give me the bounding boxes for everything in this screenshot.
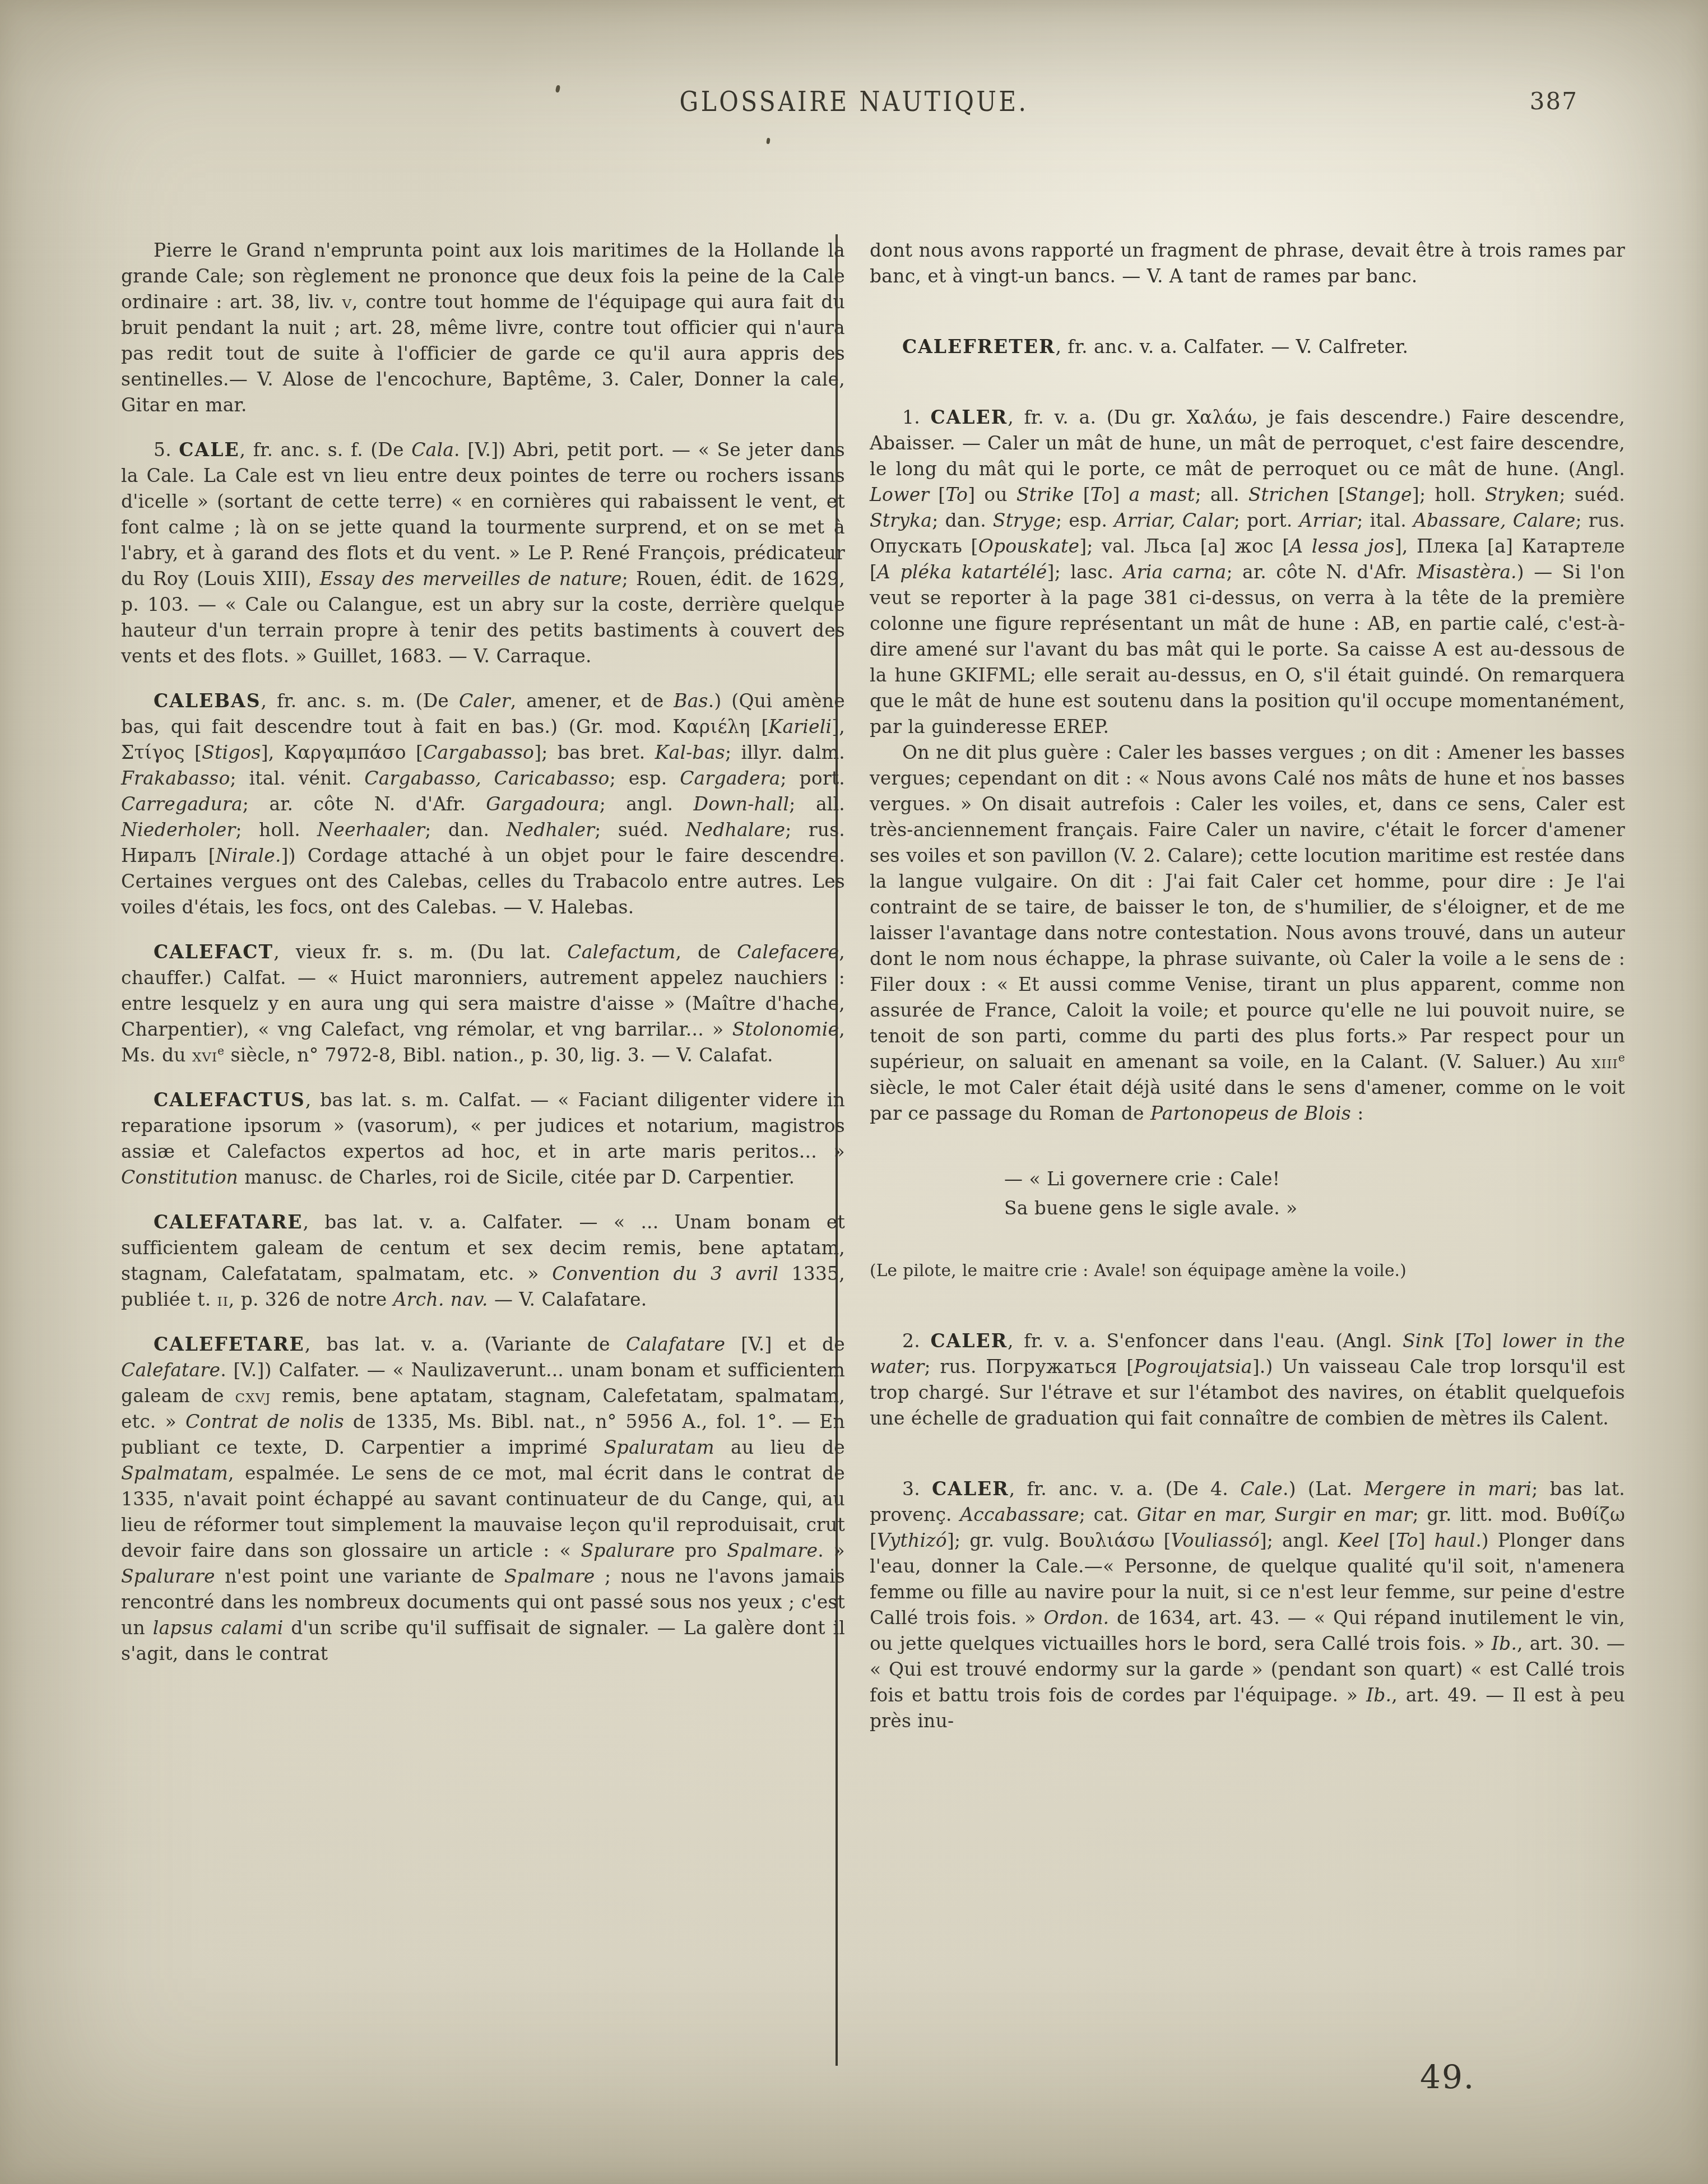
text-segment: On ne dit plus guère : Caler les basses … [870, 741, 1625, 1073]
text-segment: ], Καργαμπάσο [ [261, 741, 423, 763]
text-segment: ; port. [781, 767, 845, 789]
text-segment: , amener, et de [510, 690, 674, 712]
paragraph: CALEBAS, fr. anc. s. m. (De Caler, amene… [121, 688, 845, 920]
text-segment: ]; angl. [1260, 1529, 1338, 1551]
entry-headword: CALER [930, 1330, 1008, 1352]
text-segment: Stange [1345, 484, 1412, 506]
text-segment: ; esp. [1056, 509, 1114, 531]
text-segment: ; suéd. [595, 819, 685, 841]
text-segment: Spalurare [581, 1540, 675, 1561]
text-segment: ]; holl. [1412, 484, 1485, 506]
text-segment: au lieu de [714, 1436, 845, 1458]
text-segment: Ib. [1492, 1633, 1517, 1654]
text-segment: ]; val. Льса [a] жос [ [1079, 535, 1289, 557]
paragraph: — « Li governere crie : Cale!Sa buene ge… [1004, 1165, 1625, 1223]
left-column: Pierre le Grand n'emprunta point aux loi… [121, 238, 845, 1667]
paragraph: dont nous avons rapporté un fragment de … [870, 238, 1625, 289]
paragraph: CALEFATARE, bas lat. v. a. Calfater. — «… [121, 1209, 845, 1313]
text-segment: 3. [902, 1478, 932, 1500]
text-segment: ; ar. côte N. d'Afr. [243, 793, 486, 815]
text-segment: A pléka katartélé [877, 561, 1047, 583]
text-segment: Arriar [1299, 509, 1357, 531]
text-segment: ; all. [789, 793, 845, 815]
paragraph: Pierre le Grand n'emprunta point aux loi… [121, 238, 845, 418]
text-segment: Bas [674, 690, 708, 712]
entry-headword: CALE [179, 439, 239, 461]
page-title: GLOSSAIRE NAUTIQUE. [103, 84, 1605, 120]
text-segment: cxvj [235, 1385, 271, 1407]
text-segment: Sa buene gens le sigle avale. » [1004, 1197, 1298, 1219]
text-segment: Down-hall [694, 793, 790, 815]
text-segment: Spalurare [121, 1565, 215, 1587]
text-segment: Stigos [202, 741, 261, 763]
text-segment: — V. Calafatare. [488, 1288, 647, 1310]
text-segment: To [1090, 484, 1113, 506]
text-segment: xiii [1591, 1051, 1618, 1073]
text-segment: . » [818, 1540, 845, 1561]
text-segment: ]; bas bret. [534, 741, 655, 763]
text-segment: 2. [902, 1330, 930, 1352]
entry-headword: CALER [932, 1478, 1009, 1500]
text-segment: ) — Si l'on veut se reporter à la page 3… [870, 561, 1625, 738]
text-segment: Nirale. [216, 845, 281, 866]
text-segment: , fr. v. a. S'enfoncer dans l'eau. (Angl… [1008, 1330, 1403, 1352]
text-segment: Convention du 3 avril [552, 1263, 778, 1285]
text-segment: Carregadura [121, 793, 243, 815]
text-segment: Karieli [769, 716, 832, 738]
text-segment: Ordon. [1044, 1607, 1110, 1629]
entry-headword: CALEFATARE [154, 1211, 303, 1233]
paper-speck [1522, 767, 1525, 769]
text-segment: Gitar en mar, Surgir en mar [1137, 1504, 1413, 1525]
text-segment: Constitution [121, 1166, 238, 1188]
text-segment: Calefactum [567, 941, 675, 963]
text-segment: To [1463, 1330, 1485, 1352]
entry-headword: CALEFRETER [902, 336, 1055, 358]
text-segment: Abassare, Calare [1413, 509, 1575, 531]
text-segment: Strike [1017, 484, 1074, 506]
text-segment: e [1618, 1051, 1625, 1064]
text-segment: 5. [154, 439, 179, 461]
text-segment: Cargabasso [423, 741, 534, 763]
text-segment: Frakabasso [121, 767, 230, 789]
text-segment: ; dan. [932, 509, 993, 531]
text-segment: Calafatare [626, 1333, 725, 1355]
text-segment: Partonopeus de Blois [1150, 1102, 1351, 1124]
text-segment: Contrat de nolis [185, 1411, 344, 1432]
text-segment: e [217, 1044, 224, 1058]
text-segment: Stryken [1485, 484, 1559, 506]
text-segment: xvi [192, 1044, 217, 1066]
text-segment: Cale [1240, 1478, 1283, 1500]
text-segment: ]; lasc. [1047, 561, 1124, 583]
text-segment: A lessa jos [1289, 535, 1394, 557]
text-segment: Arch. nav. [393, 1288, 488, 1310]
text-segment: Kal-bas [655, 741, 725, 763]
text-segment: Pogroujatsia [1134, 1356, 1252, 1378]
text-segment: dont nous avons rapporté un fragment de … [870, 239, 1625, 287]
paragraph: CALEFACT, vieux fr. s. m. (Du lat. Calef… [121, 939, 845, 1068]
text-segment: Spalmare [727, 1540, 818, 1561]
text-segment: 1. [902, 406, 930, 428]
text-segment: ; illyr. dalm. [725, 741, 845, 763]
text-segment: Essay des merveilles de nature [319, 568, 621, 590]
text-segment: Vouliassó [1171, 1529, 1259, 1551]
text-segment: .) (Lat. [1283, 1478, 1364, 1500]
text-segment: Arriar, Calar [1114, 509, 1234, 531]
text-segment: Accabassare [960, 1504, 1079, 1525]
text-segment: Lower [870, 484, 929, 506]
entry-headword: CALEFACT [154, 941, 273, 963]
text-segment: Strichen [1248, 484, 1329, 506]
text-segment: Vythizó [877, 1529, 947, 1551]
text-segment: [V.] et de [725, 1333, 845, 1355]
text-segment: haul [1435, 1529, 1476, 1551]
text-segment: ; suéd. [1559, 484, 1625, 506]
paragraph: 1. CALER, fr. v. a. (Du gr. Χαλάω, je fa… [870, 405, 1625, 740]
paragraph: On ne dit plus guère : Caler les basses … [870, 740, 1625, 1126]
text-segment: Mergere in mari [1364, 1478, 1531, 1500]
text-segment: n'est point une variante de [215, 1565, 504, 1587]
text-segment: [ [1445, 1330, 1463, 1352]
text-segment: : [1351, 1102, 1364, 1124]
page-header: GLOSSAIRE NAUTIQUE. 387 [0, 84, 1708, 123]
text-segment: v [342, 291, 352, 313]
text-segment: ] [1418, 1529, 1435, 1551]
text-segment: ; all. [1195, 484, 1248, 506]
text-segment: Nedhaler [506, 819, 595, 841]
right-column: dont nous avons rapporté un fragment de … [870, 238, 1625, 1734]
text-segment: a mast [1129, 484, 1195, 506]
text-segment: Calefacere [737, 941, 839, 963]
text-segment: Neerhaaler [317, 819, 425, 841]
text-segment: ; ital. vénit. [230, 767, 365, 789]
text-segment: Calefatare [121, 1359, 220, 1381]
text-segment: , vieux fr. s. m. (Du lat. [273, 941, 567, 963]
text-segment: Gargadoura [486, 793, 599, 815]
text-segment: [ [1074, 484, 1090, 506]
text-segment: Cala [411, 439, 454, 461]
text-segment: ] [1485, 1330, 1503, 1352]
entry-headword: CALEBAS [154, 690, 261, 712]
text-segment: , fr. anc. v. a. Calfater. — V. Calfrete… [1055, 336, 1408, 358]
paragraph: CALEFACTUS, bas lat. s. m. Calfat. — « F… [121, 1087, 845, 1190]
paragraph: CALEFRETER, fr. anc. v. a. Calfater. — V… [870, 334, 1625, 360]
text-segment: ; ar. côte N. d'Afr. [1226, 561, 1417, 583]
paragraph: 5. CALE, fr. anc. s. f. (De Cala. [V.]) … [121, 437, 845, 669]
text-segment: ; holl. [236, 819, 318, 841]
text-segment: , de [675, 941, 737, 963]
text-segment: , fr. anc. v. a. (De 4. [1009, 1478, 1240, 1500]
text-segment: , fr. anc. s. m. (De [261, 690, 459, 712]
text-segment: ; angl. [600, 793, 694, 815]
text-segment: To [1396, 1529, 1418, 1551]
text-segment: Misastèra. [1417, 561, 1517, 583]
page-number: 387 [1530, 87, 1578, 115]
text-segment: Stolonomie [732, 1018, 839, 1040]
paragraph: 2. CALER, fr. v. a. S'enfoncer dans l'ea… [870, 1328, 1625, 1431]
text-segment: Nedhalare [685, 819, 785, 841]
paragraph: (Le pilote, le maitre crie : Avale! son … [870, 1258, 1625, 1283]
text-segment: Stryka [870, 509, 932, 531]
text-segment: [ [929, 484, 945, 506]
text-segment: , bas lat. v. a. (Variante de [305, 1333, 626, 1355]
text-segment: , fr. anc. s. f. (De [240, 439, 412, 461]
text-segment: Stryge [993, 509, 1056, 531]
text-segment: ] ou [968, 484, 1017, 506]
text-segment: — « Li governere crie : Cale! [1004, 1168, 1280, 1190]
text-segment: . [V.]) Abri, petit port. — « Se jeter d… [121, 439, 845, 590]
text-segment: manusc. de Charles, roi de Sicile, citée… [238, 1166, 795, 1188]
text-segment: Niederholer [121, 819, 236, 841]
text-segment: Opouskate [978, 535, 1080, 557]
text-segment: ]; gr. vulg. Βουλιάσω [ [947, 1529, 1171, 1551]
text-segment: pro [675, 1540, 727, 1561]
text-segment: lapsus calami [153, 1617, 284, 1639]
text-segment: ; port. [1234, 509, 1299, 531]
text-segment: Aria carna [1124, 561, 1227, 583]
text-segment: siècle, n° 7972-8, Bibl. nation., p. 30,… [224, 1044, 773, 1066]
text-segment: ; rus. Погружаться [ [925, 1356, 1134, 1378]
entry-headword: CALER [930, 406, 1008, 428]
text-segment: Spalmare [504, 1565, 595, 1587]
text-segment: Ib. [1366, 1684, 1391, 1706]
text-segment: (Le pilote, le maitre crie : Avale! son … [870, 1261, 1407, 1280]
text-segment: , p. 326 de notre [229, 1288, 393, 1310]
paragraph: CALEFETARE, bas lat. v. a. (Variante de … [121, 1332, 845, 1667]
entry-headword: CALEFACTUS [154, 1089, 305, 1111]
text-segment: Cargabasso, Caricabasso [364, 767, 610, 789]
text-segment: Caler [459, 690, 510, 712]
text-segment: ] [1112, 484, 1129, 506]
text-segment: ; cat. [1079, 1504, 1137, 1525]
text-segment: [ [1380, 1529, 1396, 1551]
text-segment: Cargadera [680, 767, 780, 789]
text-segment: ii [217, 1288, 229, 1310]
text-segment: ; ital. [1357, 509, 1413, 531]
text-segment: ; dan. [425, 819, 506, 841]
text-segment: Spalmatam [121, 1462, 228, 1484]
text-segment: Keel [1338, 1529, 1380, 1551]
text-segment: [ [1329, 484, 1345, 506]
text-segment: ; esp. [610, 767, 680, 789]
text-segment: Sink [1403, 1330, 1445, 1352]
signature-mark: 49. [1420, 2058, 1475, 2096]
text-segment: To [945, 484, 968, 506]
entry-headword: CALEFETARE [154, 1333, 305, 1355]
paragraph: 3. CALER, fr. anc. v. a. (De 4. Cale.) (… [870, 1476, 1625, 1734]
text-segment: Spaluratam [604, 1436, 714, 1458]
